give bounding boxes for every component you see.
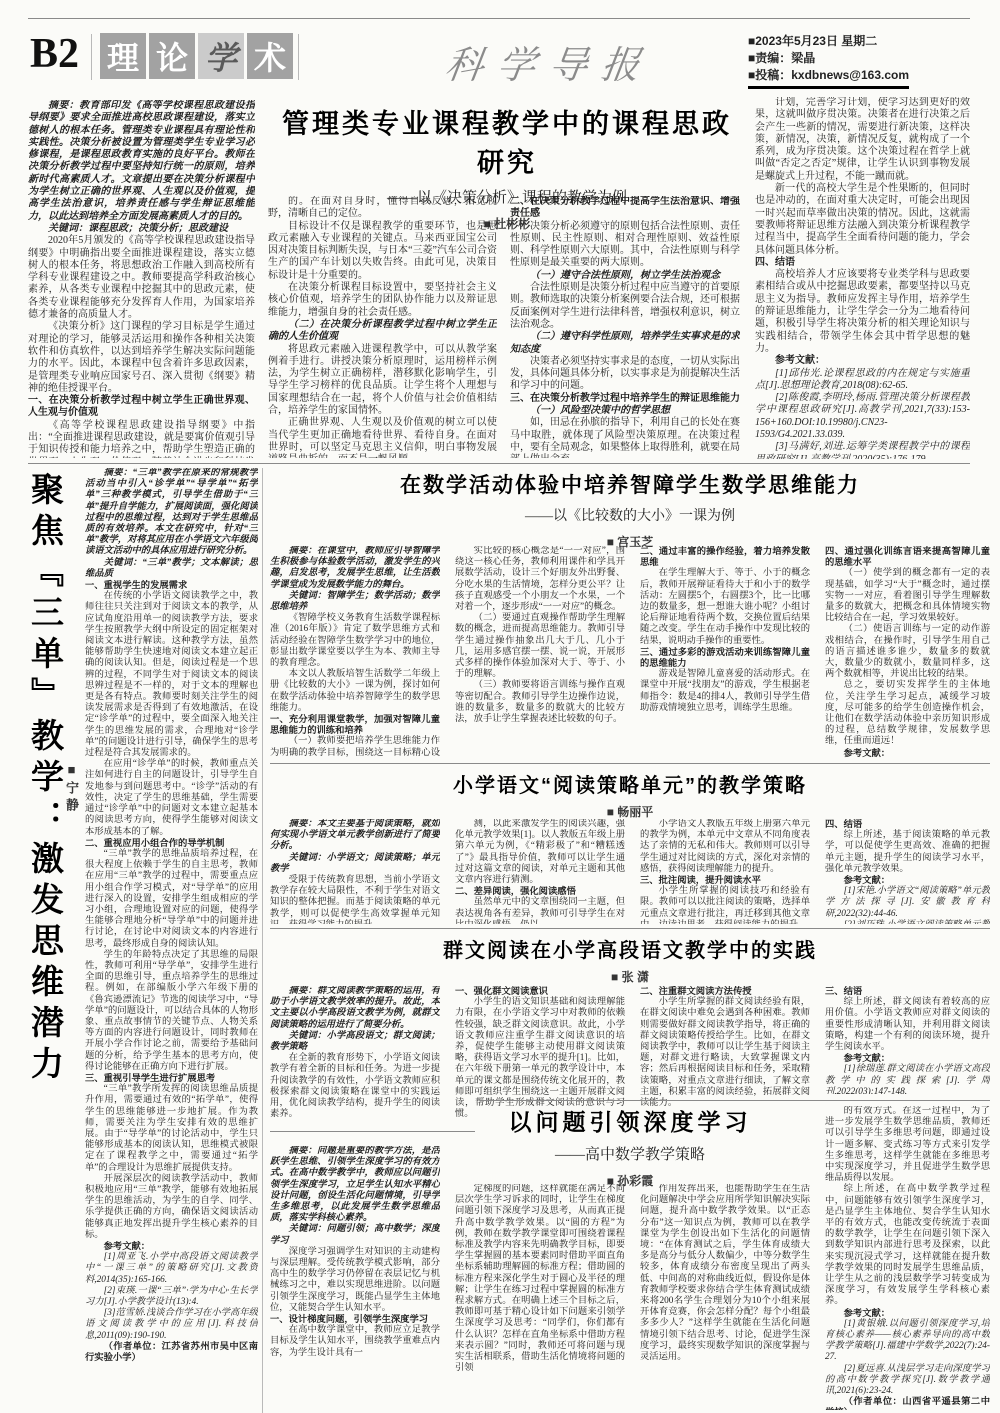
keywords: 关键词：智障学生；数学活动；数学思维培养: [270, 591, 440, 613]
divider: [91, 34, 92, 80]
reference-item: [1]宋艳.小学语文“阅读策略”单元教学方法探寻[J].安徽教育科研,2022(…: [825, 886, 990, 920]
article-4-column-4: 四、结语综上所述，基于阅读策略的单元教学，可以促使学生更高效、准确的把握单元主题…: [825, 819, 990, 924]
article-5-column-4: 三、结语综上所述，群文阅读有着较高的应用价值。小学语文教师应对群文阅读的重要性形…: [825, 986, 990, 1094]
article-2-title: 聚焦『三单』教学：激发思维潜力: [22, 472, 69, 1317]
article-2-author: ■宁静: [62, 762, 81, 852]
section-title-blocks: 理 论 学 术: [100, 33, 293, 79]
article-6-column-4: 的有效方式。在这一过程中，为了进一步发展学生数学思维品质，教师还可以引导学生多维…: [825, 1106, 990, 1410]
reference-item: [2]束瑛.一课“三单”·学为中心·生长学习力[J].小学教学设计(13):4.: [85, 1286, 258, 1308]
article-1-column-3: 二、在决策分析教学过程中提高学生法治意识、增强责任感决策分析必须遵守的原则包括合…: [510, 196, 740, 458]
paragraph: 的。在面对自身时，懂得自我反思，拓宽视野，清晰自己的定位。: [268, 196, 497, 221]
references-label: 参考文献：: [85, 1241, 258, 1252]
abstract: 摘要：“三单”教学在原来的常规教学活动当中引入“诊学单”“导学单”“拓学单”三种…: [85, 468, 258, 558]
keywords: 关键词：课程思政；决策分析；思政建设: [28, 223, 255, 235]
references-label: 参考文献：: [825, 748, 990, 758]
keywords: 关键词：小学高段语文；群文阅读；教学策略: [270, 1031, 440, 1053]
article-1-column-4: 计划，完善学习计划，使学习达到更好的效果，这就叫做序贯决策。决策者在进行决策之后…: [755, 97, 970, 459]
divider: [262, 468, 263, 1413]
paragraph: 小学生的语文知识基础和阅读理解能力有限，在小学语文学习中对教师的依赖性较强，缺乏…: [455, 997, 625, 1120]
sub-heading: （二）遵守科学性原则，培养学生实事求是的求知态度: [510, 331, 740, 356]
submission-email: ■投稿：kxdbnews@163.com: [748, 67, 909, 89]
divider: [480, 1100, 990, 1101]
article-4-title: 小学语文“阅读策略单元”的教学策略: [270, 769, 990, 798]
article-3-subtitle: ——以《比较数的大小》一课为例: [270, 505, 990, 525]
article-4-title-block: 小学语文“阅读策略单元”的教学策略 ■ 畅丽平: [270, 769, 990, 820]
reference-item: [1]黄银娥.以问题引领深度学习,培育核心素养——核心素养导向的高中数学教学策略…: [825, 1319, 990, 1364]
article-2-column: 摘要：“三单”教学在原来的常规教学活动当中引入“诊学单”“导学单”“拓学单”三种…: [85, 468, 258, 1410]
abstract: 摘要：在课堂中，教师应引导智障学生积极参与体验数学活动，激发学生的兴趣，启发思考…: [270, 546, 440, 591]
article-5-title: 群文阅读在小学高段语文教学中的实践: [270, 934, 990, 963]
section-heading: 四、通过强化训练言语来提高智障儿童的思维水平: [825, 546, 990, 568]
section-heading: 一、设计梯度问题，引领学生深度学习: [270, 1314, 440, 1325]
reference-item: [1]徐瑞莲.群文阅读在小学语文高段教学中的实践探索[J].学周刊,2022(0…: [825, 1064, 990, 1094]
article-6-title-block: 以问题引领深度学习 ——高中数学教学策略 ■ 孙彩霞: [470, 1104, 790, 1189]
reference-item: [2]刘巧珠.小学语文阅读策略单元教学探究[J].文理导航(下旬),2022(0…: [825, 920, 990, 924]
header-top-rule: [28, 18, 970, 19]
abstract: 摘要：本文主要基于阅读策略，就如何实现小学语文单元教学创新进行了简要分析。: [270, 819, 440, 853]
paragraph: 合法性原则是决策分析过程中应当遵守的首要原则。教师选取的决策分析案例要合法合规，…: [510, 282, 740, 331]
article-6-column-1: 摘要：问题是重要的教学方法，是活跃学生思维、引领学生深度学习的有效方式。在高中数…: [270, 1146, 440, 1410]
reference-item: [3]范雪娇.浅谈合作学习在小学高年级语文阅读教学中的应用[J].科技信息,20…: [85, 1308, 258, 1342]
article-1-column-1: 摘要：教育部印发《高等学校课程思政建设指导纲要》要求全面推进高校思政课程建设，落…: [28, 100, 255, 458]
paragraph: “三单”教学所发挥的阅读思维品质提升作用，需要通过有效的“拓学单”，使得学生的思…: [85, 1084, 258, 1174]
author-affiliation: （作者单位：山西省平遥县第二中学校）: [825, 1397, 990, 1410]
section-heading: 三、批注阅读，提升阅读水平: [640, 875, 810, 886]
reference-item: [1]邱伟光.论课程思政的内在规定与实施重点[J].思想理论教育,2018(08…: [755, 368, 970, 393]
paragraph: 《决策分析》这门课程的学习目标是学生通过对理论的学习，能够灵活运用和操作各种相关…: [28, 321, 255, 395]
paragraph: （二）要通过直观操作帮助学生理解数的概念，进而提高思维能力。教师引导学生通过操作…: [455, 613, 625, 680]
paragraph: 小学语文人教版五年级上册第六单元的教学为例，本单元中文章从不同角度表达了亲情的无…: [640, 819, 810, 875]
references-label: 参考文献：: [825, 875, 990, 886]
header-info: ■2023年5月23日 星期二 ■责编：梁晶 ■投稿：kxdbnews@163.…: [748, 33, 972, 89]
paragraph: 高校培养人才应该要将专业类学科与思政要素相结合或从中挖掘思政要素，都要坚持以马克…: [755, 269, 970, 355]
section-heading: 三、在决策分析教学过程中培养学生的辩证思维能力: [510, 393, 740, 405]
paragraph: 在决策分析课程目标设置中，要坚持社会主义核心价值观，培养学生的团队协作能力以及辩…: [268, 282, 497, 319]
paragraph: 在高中数学课堂中，教师应立足教学目标及学生认知水平，围绕教学重难点内容，为学生设…: [270, 1325, 440, 1359]
article-6-column-3: 作用发挥出来，也能帮助学生在生活化问题解决中学会应用所学知识解决实际问题，提升高…: [640, 1184, 810, 1410]
paragraph: “三单”教学的思维品质培养过程，在很大程度上依赖于学生的自主思考，教师在应用“三…: [85, 849, 258, 950]
section-heading: 二、注重群文阅读方法传授: [640, 986, 810, 997]
paragraph: 定梯度的问题，这样就能在满足不同层次学生学习诉求的同时，让学生在梯度问题引领下深…: [455, 1184, 625, 1374]
section-heading: 三、结语: [825, 986, 990, 997]
paragraph: 决策分析必须遵守的原则包括合法性原则、责任性原则、民主性原则、相对合理性原则、效…: [510, 221, 740, 270]
article-6-subtitle: ——高中数学教学策略: [470, 1143, 790, 1164]
article-4-column-1: 摘要：本文主要基于阅读策略，就如何实现小学语文单元教学创新进行了简要分析。关键词…: [270, 819, 440, 924]
publication-date: ■2023年5月23日 星期二: [748, 33, 972, 50]
paragraph: 正确世界观、人生观以及价值观的树立可以使当代学生更加正确地看待世界、看待自身。在…: [268, 417, 497, 458]
abstract: 摘要：问题是重要的教学方法，是活跃学生思维、引领学生深度学习的有效方式。在高中数…: [270, 1146, 440, 1224]
paragraph: 在应用“诊学单”的时候，教师重点关注如何进行自主的问题设计，引导学生自发地参与到…: [85, 759, 258, 837]
paragraph: 在学生理解大于、等于、小于的概念后，教师开展辩证看待大于和小于的数学活动：左圆摆…: [640, 568, 810, 646]
paragraph: 《高等学校课程思政建设指导纲要》中指出：“全面推进课程思政建设，就是要寓价值观引…: [28, 420, 255, 458]
section-heading: 二、差异阅读，强化阅读感悟: [455, 886, 625, 897]
paragraph: 测，以此来激发学生的阅读兴趣，强化单元教学效果[1]。以人教版五年级上册第六单元…: [455, 819, 625, 886]
article-3-column-4: 四、通过强化训练言语来提高智障儿童的思维水平（一）使学到的概念都有一定的表现基础…: [825, 546, 990, 758]
sub-heading: （一）遵守合法性原则，树立学生法治观念: [510, 270, 740, 282]
section-heading: 二、通过丰富的操作经验，着力培养发散思维: [640, 546, 810, 568]
article-3-column-1: 摘要：在课堂中，教师应引导智障学生积极参与体验数学活动，激发学生的兴趣，启发思考…: [270, 546, 440, 758]
article-5-title-block: 群文阅读在小学高段语文教学中的实践 ■ 张 潇: [270, 934, 990, 985]
paragraph: 总之，要切实发挥学生的主体地位，关注学生学习起点，减缓学习坡度，尽可能多的给学生…: [825, 680, 990, 747]
paragraph: 将思政元素融入进课程教学中，可以从教学案例着手进行。讲授决策分析原理时，运用榜样…: [268, 344, 497, 418]
sub-heading: （二）在决策分析课程教学过程中树立学生正确的人生价值观: [268, 319, 497, 344]
article-4-author: ■ 畅丽平: [270, 803, 990, 820]
article-1-column-2: 的。在面对自身时，懂得自我反思，拓宽视野，清晰自己的定位。目标设计不仅是课程教学…: [268, 196, 497, 458]
article-5-column-1: 摘要：群文阅读教学策略的运用，有助于小学语文教学效率的提升。故此，本文主要以小学…: [270, 986, 440, 1126]
paragraph: 在传统的小学语文阅读教学之中，教师往往只关注到对于阅读文本的教学，从应试角度沿用…: [85, 591, 258, 759]
paragraph: 本文以人教版培智生活数学二年级上册《比较数的大小》一课为例，探讨如何在数学活动体…: [270, 669, 440, 714]
section-heading: 二、重视应用小组合作的导学机制: [85, 838, 258, 849]
paragraph: 的有效方式。在这一过程中，为了进一步发展学生数学思维品质，教师还可以引导学生多维…: [825, 1106, 990, 1184]
section-heading: 三、通过多彩的游戏活动来训练智障儿童的思维能力: [640, 647, 810, 669]
section-heading: 一、强化群文阅读意识: [455, 986, 625, 997]
article-5-author: ■ 张 潇: [270, 968, 990, 985]
references-label: 参考文献：: [755, 355, 970, 367]
paragraph: 2020年5月颁发的《高等学校课程思政建设指导纲要》中明确指出要全面推进课程建设…: [28, 235, 255, 321]
masthead-calligraphy: 科学导报: [381, 34, 719, 89]
paragraph: 综上所述，基于阅读策略的单元教学，可以促使学生更高效、准确的把握单元主题，提升学…: [825, 830, 990, 875]
paragraph: （二）使语言训练与一定的动作游戏相结合，在操作时，引导学生用自己的语言描述谁多谁…: [825, 624, 990, 680]
author-affiliation: （作者单位：江苏省苏州市吴中区南行实验小学）: [85, 1342, 258, 1364]
section-heading: 四、结语: [755, 257, 970, 269]
paragraph: 如，田忌在孙膑的指导下，利用自己的长处在赛马中取胜，就体现了风险型决策原理。在决…: [510, 417, 740, 458]
paragraph: 综上所述，群文阅读有着较高的应用价值。小学语文教师应对群文阅读的重要性形成清晰认…: [825, 997, 990, 1053]
paragraph: 学生的年龄特点决定了其思维的局限性，教师可利用“导学单”，安排学生进行全面的思维…: [85, 950, 258, 1073]
section-char: 学: [198, 33, 244, 79]
keywords: 关键词：问题引领；高中数学；深度学习: [270, 1224, 440, 1246]
paragraph: 作用发挥出来，也能帮助学生在生活化问题解决中学会应用所学知识解决实际问题，提升高…: [640, 1184, 810, 1363]
divider: [28, 463, 970, 464]
reference-item: [2]夏远喜.从浅层学习走向深度学习的高中数学教学探究[J].数学教学通讯,20…: [825, 1364, 990, 1398]
paragraph: 开展深层次的阅读教学活动中，教师积极地应用“三单”教学，能够有效地拓展学生的思维…: [85, 1174, 258, 1241]
abstract: 摘要：群文阅读教学策略的运用，有助于小学语文教学效率的提升。故此，本文主要以小学…: [270, 986, 440, 1031]
keywords: 关键词：“三单”教学；文本解读；思维品质: [85, 558, 258, 580]
article-6-title: 以问题引领深度学习: [470, 1104, 790, 1137]
section-heading: 二、在决策分析教学过程中提高学生法治意识、增强责任感: [510, 196, 740, 221]
article-3-title: 在数学活动体验中培养智障学生数学思维能力: [270, 469, 990, 499]
paragraph: 计划，完善学习计划，使学习达到更好的效果，这就叫做序贯决策。决策者在进行决策之后…: [755, 97, 970, 183]
abstract: 摘要：教育部印发《高等学校课程思政建设指导纲要》要求全面推进高校思政课程建设，落…: [28, 100, 255, 223]
paragraph: （一）教师要把培养学生思维能力作为明确的教学目标，围绕这一目标精心设计教学环节。…: [270, 736, 440, 758]
paragraph: 游戏是智障儿童喜爱的活动形式。在课堂中开展“找朋友”的游戏，学生根据老师指令：数…: [640, 669, 810, 714]
references-label: 参考文献：: [825, 1308, 990, 1319]
editor-line: ■责编：梁晶: [748, 50, 972, 67]
paragraph: 受限于传统教育思想，当前小学语文教学存在较大局限性，不利于学生对语文知识的整体把…: [270, 875, 440, 924]
paragraph: 小学生所掌握的阅读技巧和经验有限。教师可以以批注阅读的策略，选择单元重点文章进行…: [640, 886, 810, 924]
paragraph: 在全新的教育形势下，小学语文阅读教学有着全新的目标和任务。为进一步提升阅读教学的…: [270, 1053, 440, 1120]
paragraph: 目标设计不仅是课程教学的重要环节，也是思政元素融入专业课程的关键点。马来西亚国宝…: [268, 221, 497, 282]
paragraph: 综上所述，在高中数学教学过程中，问题能够有效引领学生深度学习，是凸显学生主体地位…: [825, 1184, 990, 1307]
article-6-column-2: 定梯度的问题，这样就能在满足不同层次学生学习诉求的同时，让学生在梯度问题引领下深…: [455, 1184, 625, 1410]
section-heading: 四、结语: [825, 819, 990, 830]
divider: [270, 1131, 475, 1132]
sub-heading: （一）风险型决策中的哲学思想: [510, 405, 740, 417]
newspaper-page: B2 理 论 学 术 科学导报 ■2023年5月23日 星期二 ■责编：梁晶 ■…: [0, 0, 1000, 1413]
paragraph: （三）教师要将语言训练与操作直观等密切配合。教师引导学生边操作边说，谁的数量多，…: [455, 680, 625, 725]
section-char: 论: [149, 33, 195, 79]
section-heading: 一、充分利用课堂教学，加强对智障儿童思维能力的训练和培养: [270, 714, 440, 736]
page-edition: B2: [30, 30, 79, 78]
paragraph: 新一代的高校大学生是个性果断的，但同时也是冲动的，在面对重大决定时，可能会出现因…: [755, 183, 970, 257]
section-heading: 一、在决策分析教学过程中树立学生正确世界观、人生观与价值观: [28, 395, 255, 420]
paragraph: 实比较的核心概念是“一一对应”，围绕这一核心任务，教师利用课件和学具开展数学活动…: [455, 546, 625, 613]
article-1-title: 管理类专业课程教学中的课程思政研究: [268, 102, 746, 180]
paragraph: 小学生所掌握的群文阅读经验有限，在群文阅读中难免会遇到各种困难。教师则需要做好群…: [640, 997, 810, 1109]
paragraph: 深度学习强调学生对知识的主动建构与深层理解。受传统教学模式影响，部分高中生的数学…: [270, 1247, 440, 1314]
article-4-column-3: 小学语文人教版五年级上册第六单元的教学为例，本单元中文章从不同角度表达了亲情的无…: [640, 819, 810, 924]
paragraph: 《智障学校义务教育生活数学课程标准（2016年版）》肯定了数学思维方式和活动经验…: [270, 613, 440, 669]
article-3-title-block: 在数学活动体验中培养智障学生数学思维能力 ——以《比较数的大小》一课为例 ■ 宫…: [270, 469, 990, 550]
section-heading: 一、重视学生的发展需求: [85, 580, 258, 591]
article-3-column-2: 实比较的核心概念是“一一对应”，围绕这一核心任务，教师利用课件和学具开展数学活动…: [455, 546, 625, 758]
paragraph: 虽然单元中的文章围绕同一主题，但表达视角各有差异，教师可引导学生在对比中深化感悟…: [455, 897, 625, 924]
reference-item: [1]周亚飞.小学中高段语文阅读教学中“一课三单”的策略研究[J].文教资料,2…: [85, 1252, 258, 1286]
keywords: 关键词：小学语文；阅读策略；单元教学: [270, 853, 440, 875]
divider: [298, 34, 299, 80]
reference-item: [3]马满好,刘进.运筹学类课程教学中的课程思政研究[J].高教学刊,2020(…: [755, 441, 970, 459]
section-char: 术: [247, 33, 293, 79]
section-char: 理: [100, 33, 146, 79]
article-3-column-3: 二、通过丰富的操作经验，着力培养发散思维在学生理解大于、等于、小于的概念后，教师…: [640, 546, 810, 758]
references-label: 参考文献：: [825, 1053, 990, 1064]
section-heading: 三、重视引导学生进行扩展思考: [85, 1073, 258, 1084]
divider: [270, 928, 990, 929]
article-4-column-2: 测，以此来激发学生的阅读兴趣，强化单元教学效果[1]。以人教版五年级上册第六单元…: [455, 819, 625, 924]
paragraph: 决策者必须坚持实事求是的态度，一切从实际出发，具体问题具体分析，以实事求是为前提…: [510, 356, 740, 393]
paragraph: （一）使学到的概念都有一定的表现基础，如学习“大于”概念时，通过摆实物一一对应，…: [825, 568, 990, 624]
divider: [270, 763, 990, 764]
reference-item: [2]陈俊霞,李明玲,杨雨.管理决策分析课程教学中课程思政研究[J].高教学刊,…: [755, 392, 970, 441]
